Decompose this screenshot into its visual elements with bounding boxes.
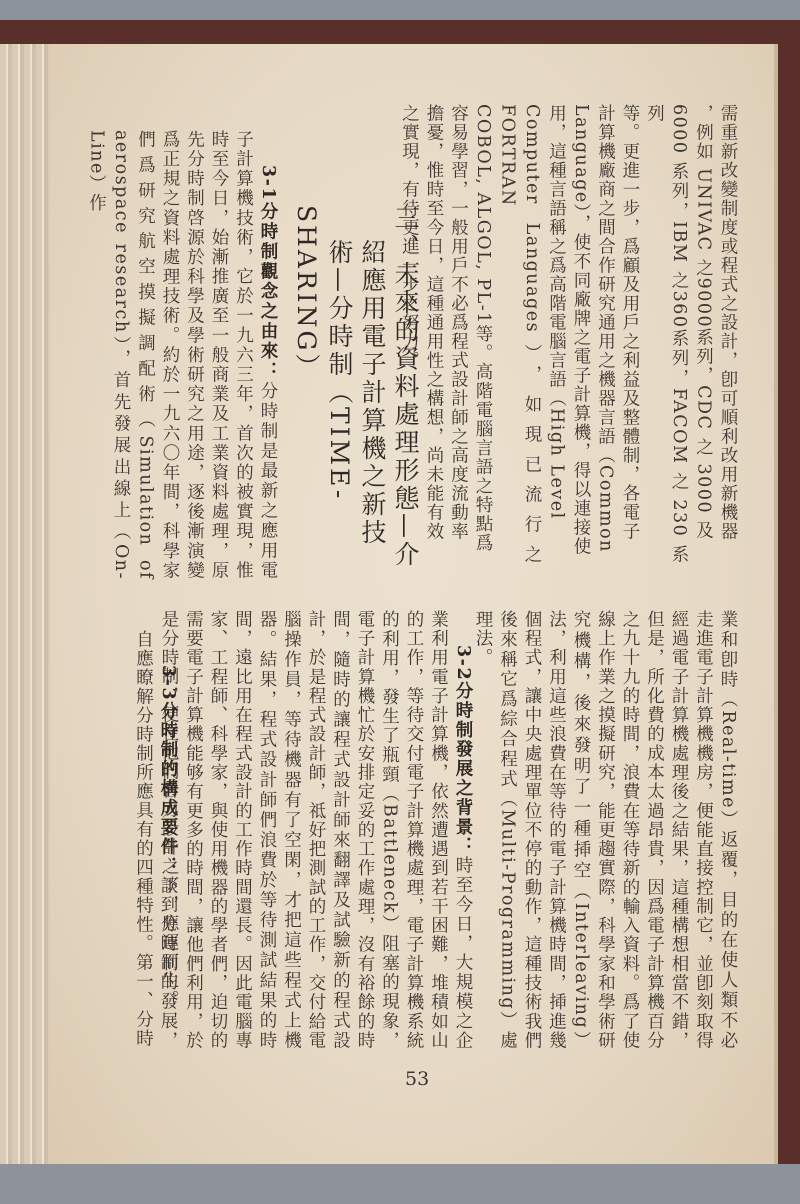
line: ，例如 UNIVAC 之9000系列，CDC 之 3000 及	[691, 104, 716, 564]
section-heading-line-4: SHARING）	[290, 205, 323, 585]
subsection-3-3: 3-3分時制的構成要件：談到分時制的發展，自應瞭解分時制所應具有的四種特性。第一…	[110, 630, 180, 1050]
subsection-3-1: 3-1分時制觀念之由來：分時制是最新之應用電子計算機技術，它於一九六三年，首次的…	[100, 130, 280, 580]
line: 等。更進一步，爲顧及用戶之利益及整體制，各電子	[618, 104, 643, 564]
top-continued-paragraph: 需重新改變制度或程式之設計，卽可順利改用新機器 ，例如 UNIVAC 之9000…	[420, 104, 740, 564]
subsection-3-1-text: 分時制是最新之應用電子計算機技術，它於一九六三年，首次的被實現，惟時至今日，始漸…	[87, 130, 279, 580]
line: 用，這種言語稱之爲高階電腦言語（High Level	[544, 104, 569, 564]
subsection-3-3-heading: 3-3分時制的構成要件：	[158, 665, 178, 876]
line: 6000 系列，IBM 之360系列，FACOM 之 230 系列	[642, 104, 691, 564]
backdrop	[0, 0, 800, 20]
line: 需重新改變制度或程式之設計，卽可順利改用新機器	[716, 104, 741, 564]
line: 擔憂，惟時至今日，這種通用性之構想，尚未能有效	[422, 104, 447, 564]
section-heading-line-2: 紹應用電子計算機之新技	[356, 205, 389, 585]
page-stack-edges	[0, 44, 52, 1164]
subsection-3-2-text: 時至今日，大規模之企業利用電子計算機，依然遭遇到若干困難，堆積如山的工作，等待交…	[159, 610, 473, 1050]
bottom-continued-paragraph: 業和卽時（Real-time）返覆，目的在使人類不必走進電子計算機機房，便能直接…	[480, 610, 740, 1050]
bottom-continued-text: 業和卽時（Real-time）返覆，目的在使人類不必走進電子計算機機房，便能直接…	[471, 610, 741, 1050]
line: 計算機廠商之間合作研究通用之機器言語（Common	[593, 104, 618, 564]
book-cover-edge-top	[0, 20, 800, 44]
section-heading-line-3: 術—分時制（TIME-	[323, 205, 356, 585]
line: Computer Languages），如現已流行之 FORTRAN	[495, 104, 544, 564]
section-heading-line-1: 三、未來的資料處理形態—介	[389, 205, 422, 585]
line: COBOL, ALGOL, PL-1等。高階電腦言語之特點爲	[471, 104, 496, 564]
line: 容易學習，一般用戶不必爲程式設計師之高度流動率	[446, 104, 471, 564]
line: Language），使不同廠牌之電子計算機，得以連接使	[569, 104, 594, 564]
section-heading: 三、未來的資料處理形態—介 紹應用電子計算機之新技 術—分時制（TIME- SH…	[290, 205, 422, 585]
subsection-3-2-heading: 3-2分時制發展之背景：	[453, 645, 473, 856]
page-number: 53	[405, 1068, 429, 1090]
backdrop-bottom	[0, 1164, 800, 1204]
subsection-3-2: 3-2分時制發展之背景：時至今日，大規模之企業利用電子計算機，依然遭遇到若干困難…	[200, 610, 475, 1050]
book-cover-edge-right	[778, 20, 800, 1170]
subsection-3-1-heading: 3-1分時制觀念之由來：	[258, 165, 278, 382]
